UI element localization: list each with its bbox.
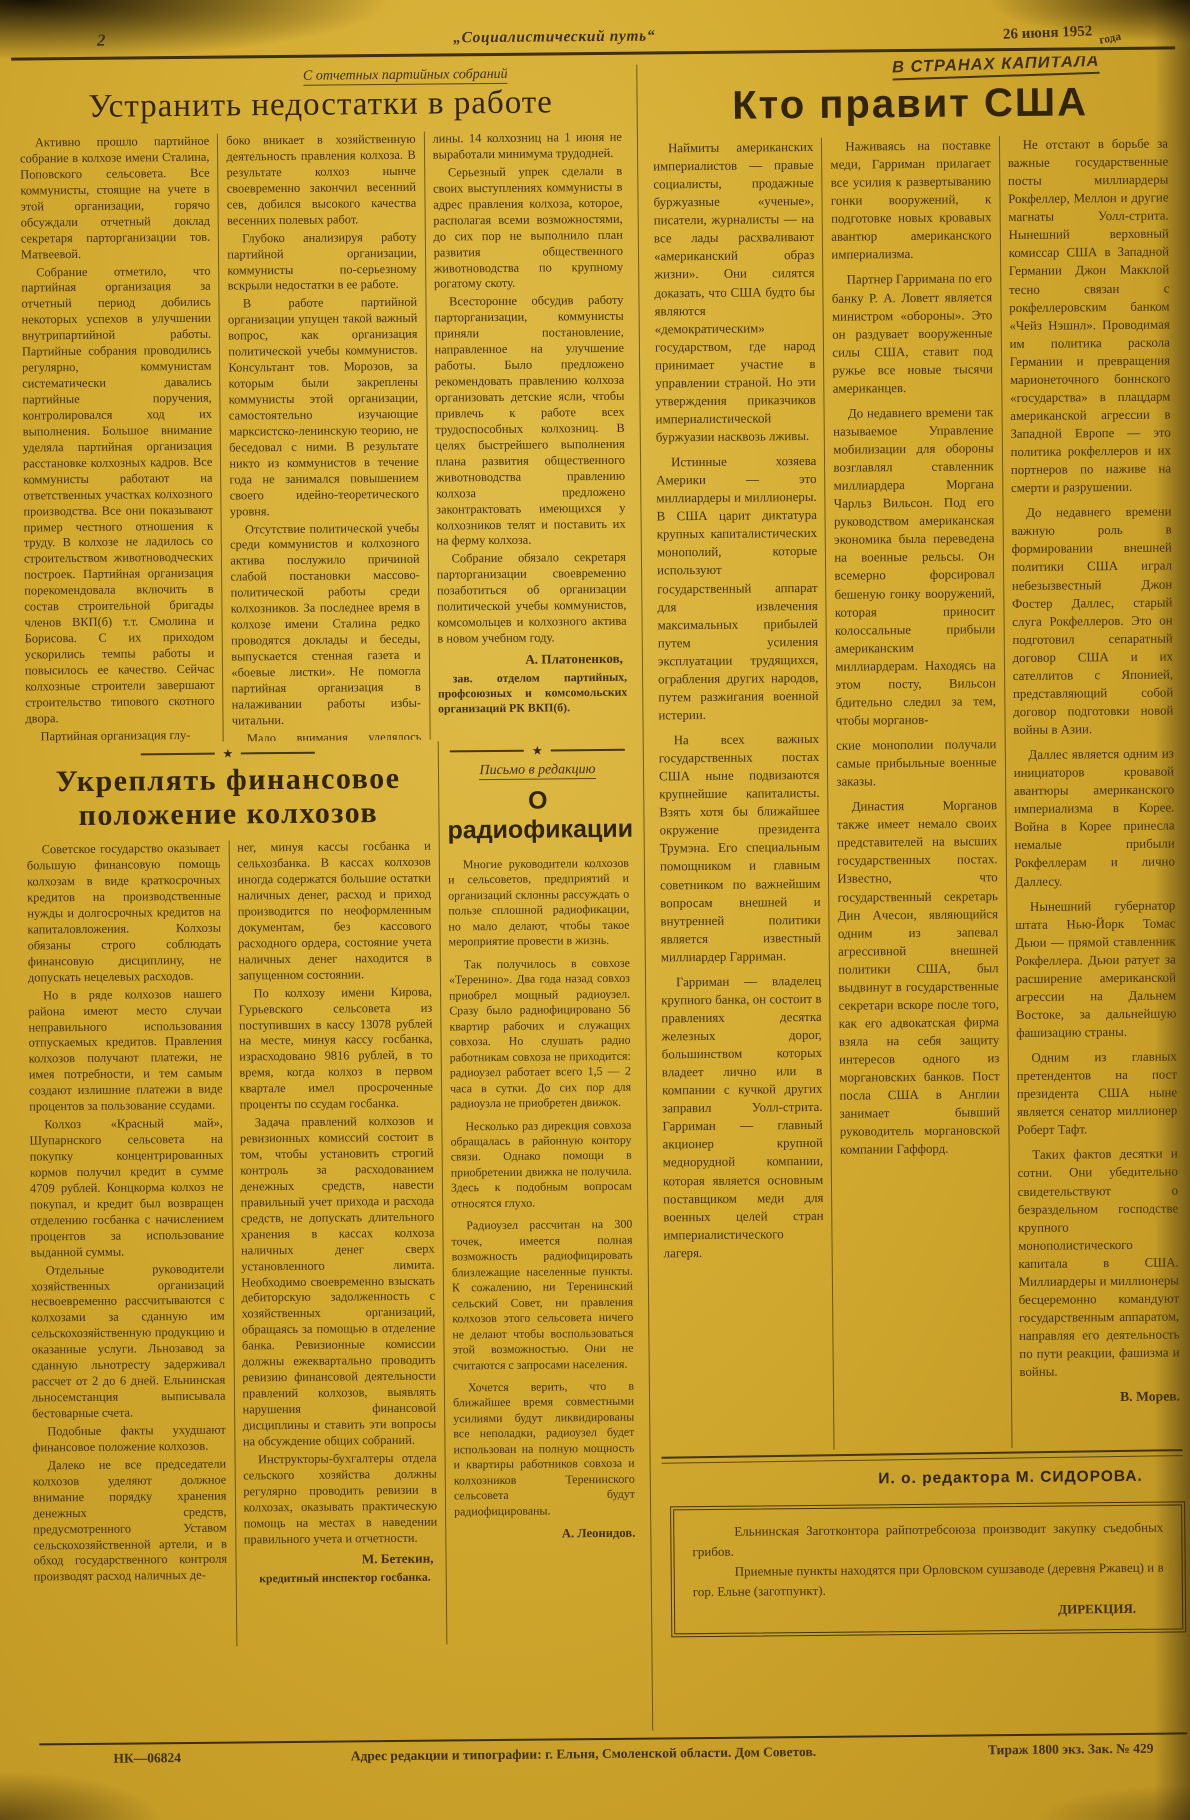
star-divider: ★ <box>447 744 628 758</box>
issue-date-suffix: года <box>1098 31 1122 47</box>
paragraph: Всесторонне обсудив работу парторганизац… <box>434 293 626 550</box>
advert-box: Ельнинская Заготконтора райпотребсоюза п… <box>670 1501 1186 1637</box>
star-icon: ★ <box>532 745 543 757</box>
finance-column-1: Советское государство оказывает большую … <box>19 841 236 1649</box>
paragraph: лины. 14 колхозниц на 1 июня не выработа… <box>433 130 623 164</box>
paragraph: Многие руководители колхозов и сельсовет… <box>448 856 630 951</box>
paragraph: Истинные хозяева Америки — это миллиарде… <box>656 452 819 724</box>
finance-title: Укреплять финансовое положение колхозов <box>18 762 439 833</box>
paragraph: Гарриман — владелец крупного банка, он с… <box>661 972 824 1263</box>
issue-date: 26 июня 1952 года <box>1003 22 1122 43</box>
usa-column-2: Наживаясь на поставке меди, Гарриман при… <box>821 136 1011 1450</box>
usa-kicker: В СТРАНАХ КАПИТАЛА <box>892 55 1100 80</box>
paragraph: До недавнего времени важную роль в форми… <box>1011 503 1174 739</box>
radio-kicker-row: Письмо в редакцию <box>447 760 628 780</box>
paragraph: нег, минуя кассы госбанка и сельхозбанка… <box>237 839 432 984</box>
paragraph: В работе партийной организации упущен та… <box>228 295 419 520</box>
paragraph: Одним из главных претендентов на пост пр… <box>1016 1048 1177 1140</box>
paragraph: Советское государство оказывает большую … <box>27 841 222 986</box>
radio-body: Многие руководители колхозов и сельсовет… <box>448 856 636 1543</box>
star-icon: ★ <box>222 748 233 760</box>
party-meetings-column-3: лины. 14 колхозниц на 1 июня не выработа… <box>424 130 636 740</box>
finance-columns: Советское государство оказывает большую … <box>19 839 447 1649</box>
paragraph: кредитный инспектор госбанка. <box>244 1570 438 1587</box>
imprint-address: Адрес редакции и типографии: г. Ельня, С… <box>283 1743 883 1765</box>
left-section: С отчетных партийных собраний Устранить … <box>11 61 645 1737</box>
imprint-circulation: Тираж 1800 экз. Зак. № 429 <box>883 1741 1153 1760</box>
paragraph: Таких фактов десятки и сотни. Они убедит… <box>1017 1145 1180 1381</box>
double-rule <box>662 1449 1183 1464</box>
usa-columns: Наймиты американских империалистов — пра… <box>645 134 1189 1451</box>
paragraph: Собрание отметило, что партийная организ… <box>21 263 215 727</box>
page-body: С отчетных партийных собраний Устранить … <box>11 55 1190 1736</box>
paragraph: Собрание обязало секретаря парторганизац… <box>437 550 627 647</box>
imprint-row: НК—06824 Адрес редакции и типографии: г.… <box>39 1732 1187 1767</box>
byline: А. Леонидов. <box>454 1525 635 1543</box>
paragraph: Серьезный упрек сделали в своих выступле… <box>433 164 624 293</box>
finance-article: ★ Укреплять финансовое положение колхозо… <box>18 742 447 1649</box>
finance-title-line1: Укреплять финансовое <box>18 762 438 800</box>
party-meetings-columns: Активно прошло партийное собрание в колх… <box>12 130 636 744</box>
paragraph: По колхозу имени Кирова, Гурьевского сел… <box>239 984 434 1113</box>
paragraph: Глубоко анализируя работу партийной орга… <box>227 229 417 295</box>
paragraph: Наймиты американских империалистов — пра… <box>653 138 816 447</box>
paragraph: Радиоузел рассчитан на 300 точек, имеетс… <box>451 1217 633 1373</box>
star-divider: ★ <box>18 746 438 762</box>
finance-column-2: нег, минуя кассы госбанка и сельхозбанка… <box>228 839 446 1647</box>
paragraph: ские монополии получали самые прибыльные… <box>836 735 997 791</box>
paragraph: Активно прошло партийное собрание в колх… <box>20 134 211 263</box>
paragraph: Далеко не все председатели колхозов удел… <box>33 1456 228 1585</box>
byline: М. Бетекин, <box>244 1551 434 1570</box>
party-meetings-column-2: боко вникает в хозяйственную деятельност… <box>217 132 429 742</box>
radio-kicker: Письмо в редакцию <box>479 762 595 780</box>
party-meetings-title: Устранить недостатки в работе <box>11 84 629 127</box>
paragraph: Подобные факты ухудшают финансовое полож… <box>32 1423 226 1457</box>
paragraph: Нынешний губернатор штата Нью-Йорк Томас… <box>1015 896 1177 1042</box>
paragraph: Династия Морганов также имеет немало сво… <box>837 796 1001 1159</box>
paragraph: Партийная организация глу- <box>26 727 215 743</box>
paragraph: Так получилось в совхозе «Теренино». Два… <box>449 956 631 1112</box>
paragraph: Не отстают в борьбе за важные государств… <box>1008 135 1172 498</box>
left-lower-row: ★ Укреплять финансовое положение колхозо… <box>18 740 645 1649</box>
masthead: „Социалистический путь“ <box>105 24 1003 51</box>
byline: А. Платоненков, <box>438 651 623 670</box>
party-meetings-kicker: С отчетных партийных собраний <box>303 67 508 86</box>
byline: В. Морев. <box>1020 1387 1181 1408</box>
paragraph: Задача правлений колхозов и ревизионных … <box>240 1114 437 1451</box>
usa-column-1: Наймиты американских империалистов — пра… <box>645 138 834 1452</box>
radio-title: О радиофикации <box>447 786 629 846</box>
right-section: В СТРАНАХ КАПИТАЛА Кто правит США Наймит… <box>644 55 1190 1730</box>
paragraph: Хочется верить, что в ближайшее время со… <box>453 1379 635 1520</box>
paragraph: Но в ряде колхозов нашего района имеют м… <box>28 986 223 1115</box>
paragraph: Отсутствие политической учебы среди комм… <box>230 520 421 729</box>
paragraph: Партнер Гарримана по его банку Р. А. Лов… <box>832 270 994 398</box>
acting-editor-line: И. о. редактора М. СИДОРОВА. <box>658 1467 1189 1490</box>
issue-date-main: 26 июня 1952 <box>1003 23 1093 42</box>
page-header: 2 „Социалистический путь“ 26 июня 1952 г… <box>11 18 1175 60</box>
paragraph: На всех важных государственных постах СШ… <box>659 730 822 966</box>
finance-title-line2: положение колхозов <box>18 795 438 833</box>
paragraph: Даллес является одним из инициаторов кро… <box>1013 745 1175 891</box>
advert-line1: Ельнинская Заготконтора райпотребсоюза п… <box>692 1518 1163 1563</box>
advert-line2: Приемные пункты находятся при Орловском … <box>693 1558 1164 1603</box>
page-number: 2 <box>97 31 106 51</box>
paragraph: Несколько раз дирекция совхоза обращалас… <box>450 1117 632 1212</box>
radio-letter-article: ★ Письмо в редакцию О радиофикации Многи… <box>438 740 645 1645</box>
party-meetings-column-1: Активно прошло партийное собрание в колх… <box>12 134 223 744</box>
imprint-code: НК—06824 <box>113 1749 283 1767</box>
paragraph: боко вникает в хозяйственную деятельност… <box>226 132 416 229</box>
newspaper-page: 2 „Социалистический путь“ 26 июня 1952 г… <box>0 0 1190 1820</box>
paragraph: зав. отделом партийных, профсоюзных и ко… <box>438 670 628 717</box>
usa-title: Кто правит США <box>644 79 1175 129</box>
page-sheet: 2 „Социалистический путь“ 26 июня 1952 г… <box>11 18 1190 1820</box>
paragraph: Мало внимания уделялось укреплению трудо… <box>232 729 422 741</box>
paragraph: Отдельные руководители хозяйственных орг… <box>31 1261 226 1422</box>
paragraph: Колхоз «Красный май», Шупарнского сельсо… <box>29 1116 224 1261</box>
usa-column-3: Не отстают в борьбе за важные государств… <box>999 134 1189 1448</box>
paragraph: Наживаясь на поставке меди, Гарриман при… <box>830 136 992 264</box>
paragraph: До недавнего времени так называемое Упра… <box>833 403 996 730</box>
paragraph: Инструкторы-бухгалтеры отдела сельского … <box>243 1450 437 1547</box>
